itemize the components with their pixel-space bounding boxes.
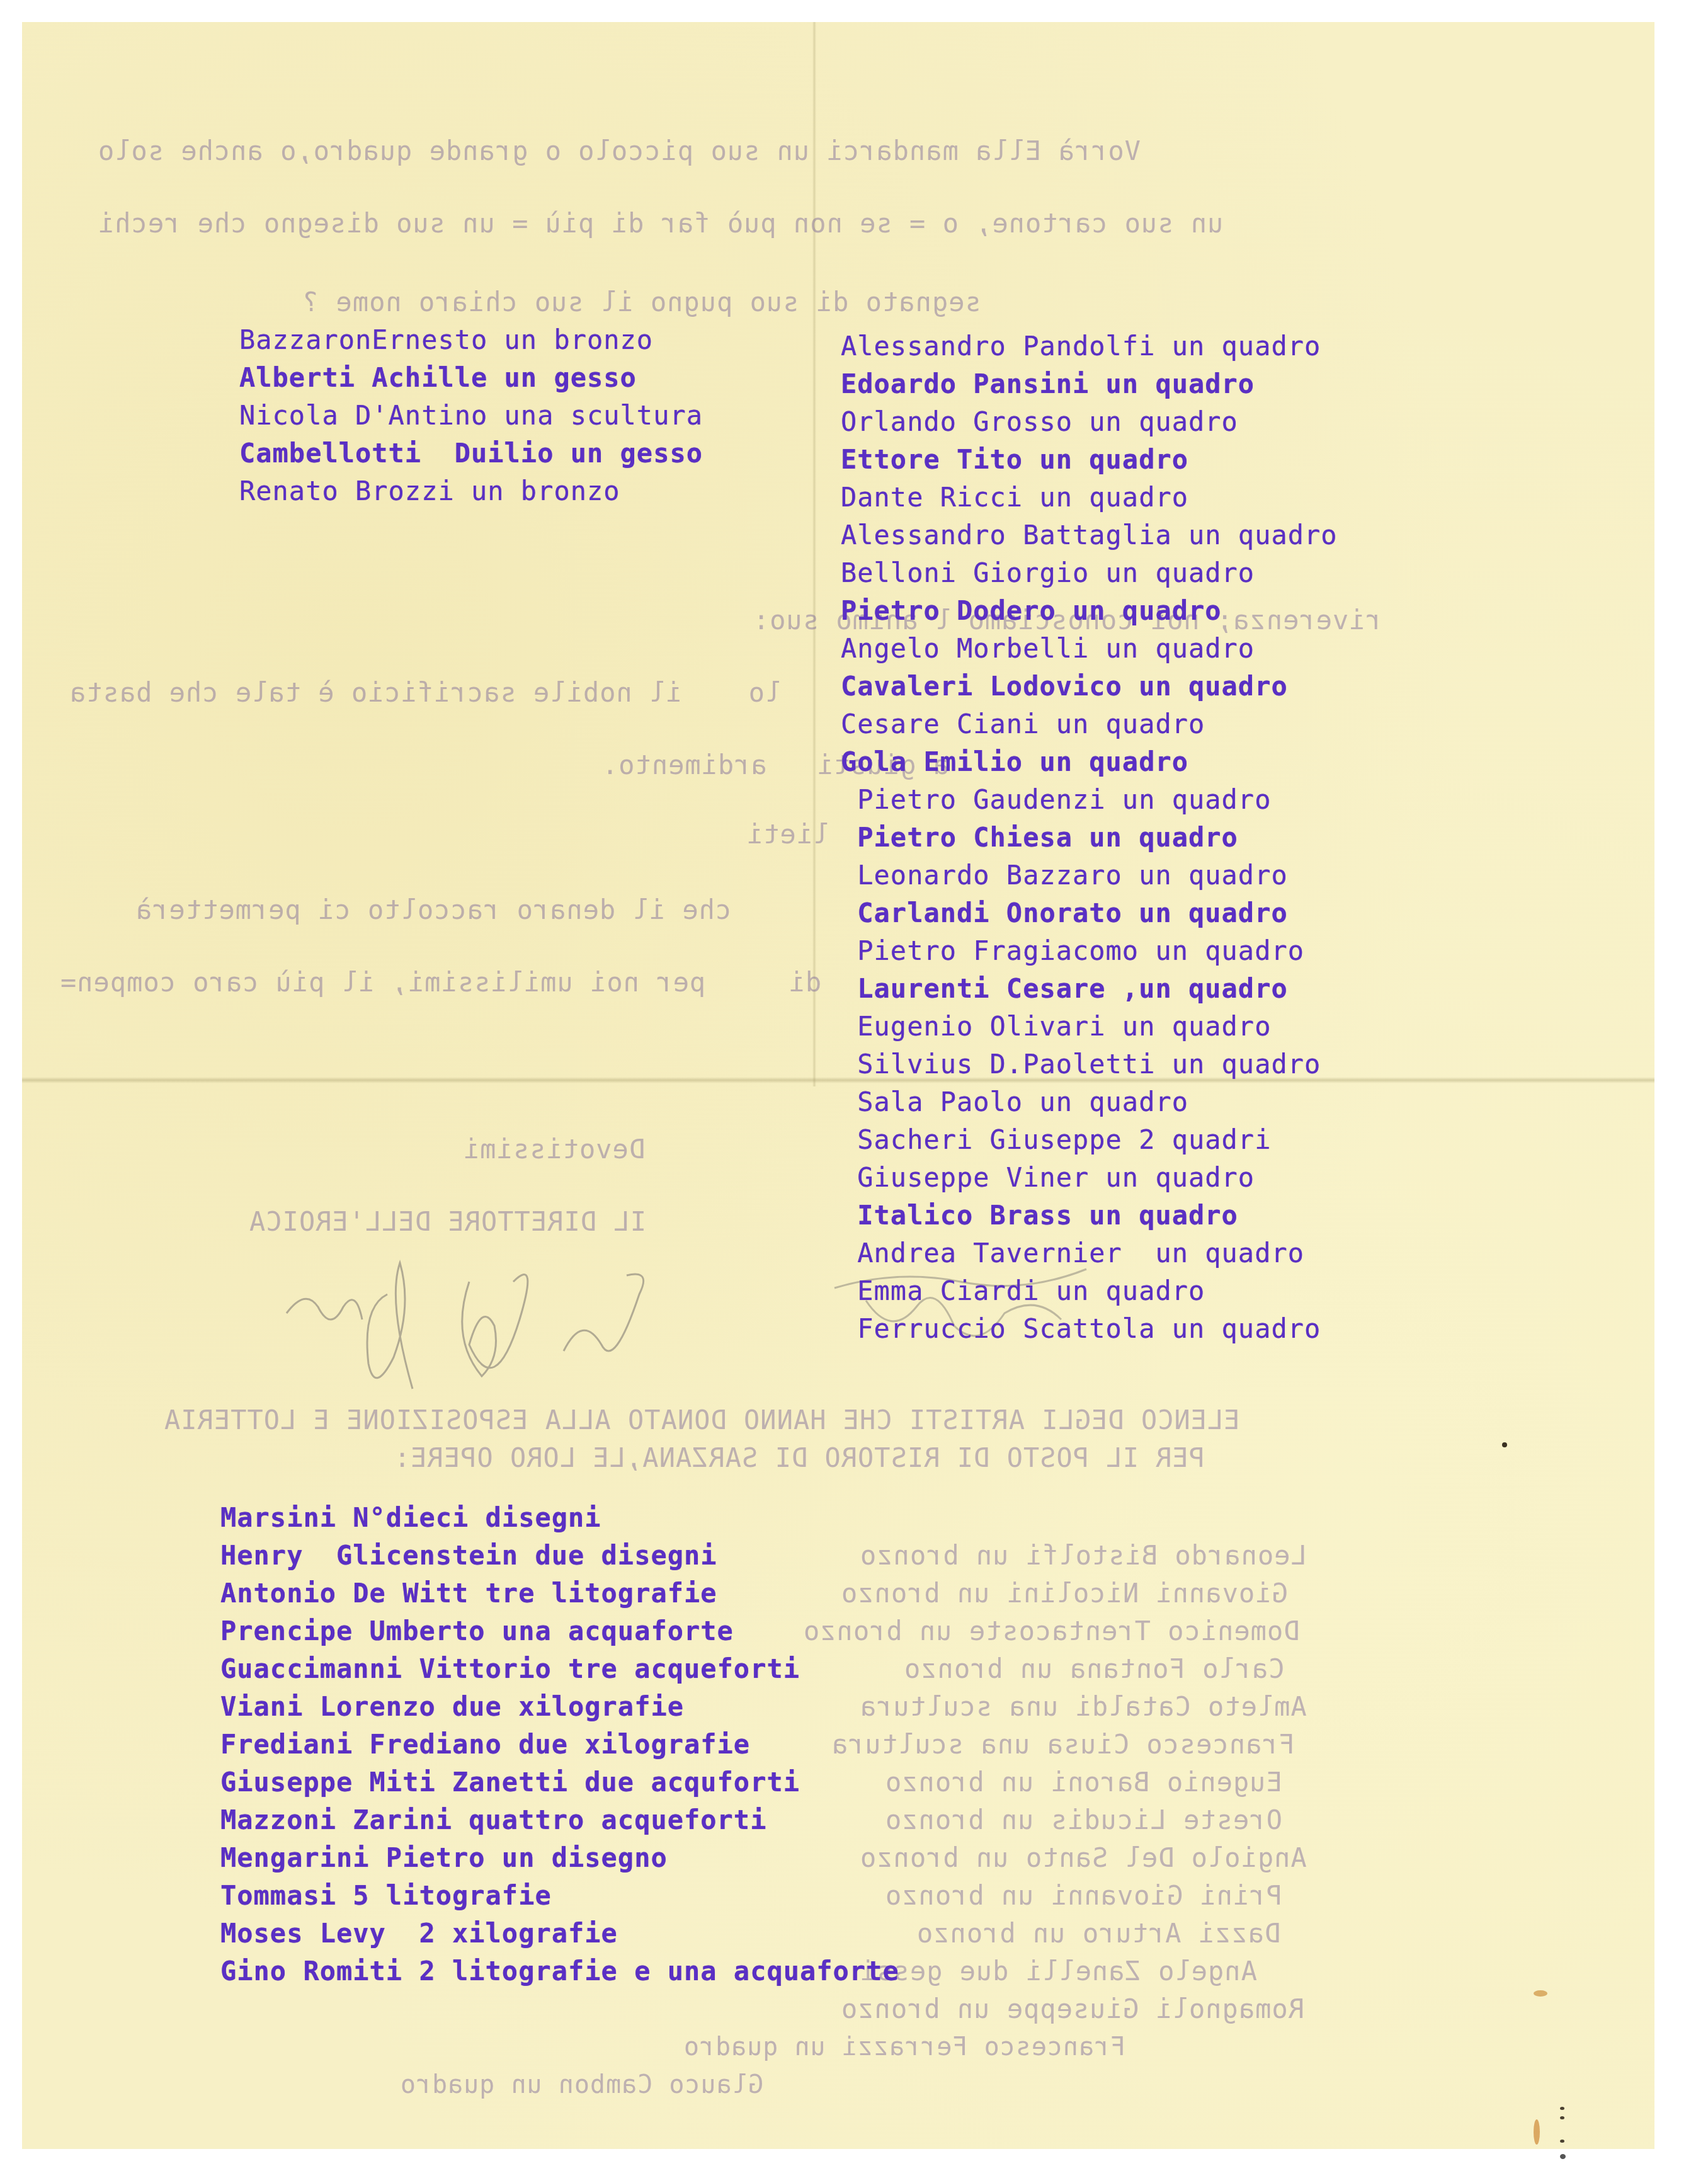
donor-entry: Tommasi 5 litografie	[220, 1880, 552, 1912]
donor-entry: Laurenti Cesare ,un quadro	[841, 973, 1288, 1005]
donor-entry: Renato Brozzi un bronzo	[239, 476, 620, 507]
bleed-list-heading: ELENCO DEGLI ARTISTI CHE HANNO DONATO AL…	[164, 1405, 1240, 1436]
bleed-letter-line: lo il nobile sacrificio è tale che basta	[69, 677, 781, 709]
donor-entry: Carlandi Onorato un quadro	[841, 898, 1288, 929]
donor-entry: Pietro Dodero un quadro	[841, 595, 1222, 627]
bleed-list-item: Oreste Licudis un bronzo	[885, 1804, 1282, 1836]
donor-entry: Silvius D.Paoletti un quadro	[841, 1049, 1321, 1080]
donor-entry: Antonio De Witt tre litografie	[220, 1578, 717, 1609]
bleed-letter-line: di per noi umilissimi, il più caro compe…	[60, 967, 821, 998]
donor-entry: Cambellotti Duilio un gesso	[239, 438, 703, 469]
donor-entry: Leonardo Bazzaro un quadro	[841, 860, 1288, 891]
ink-speck	[1560, 2140, 1564, 2143]
donor-entry: Frediani Frediano due xilografie	[220, 1729, 750, 1760]
bleed-list-item: Domenico Trentacoste un bronzo	[803, 1616, 1300, 1647]
donor-entry: Belloni Giorgio un quadro	[841, 557, 1255, 589]
donor-entry: Pietro Fragiacomo un quadro	[841, 935, 1304, 967]
bleed-list-fragment: Francesco Ferrazzi un quadro	[683, 2031, 1125, 2063]
donor-entry: Sala Paolo un quadro	[841, 1086, 1188, 1118]
bleed-list-item: Prini Giovanni un bronzo	[885, 1880, 1282, 1912]
donor-entry: Alberti Achille un gesso	[239, 362, 637, 394]
donor-entry: Giuseppe Miti Zanetti due acquforti	[220, 1767, 800, 1798]
donor-entry: Henry Glicenstein due disegni	[220, 1540, 717, 1571]
donor-entry: Marsini N°dieci disegni	[220, 1502, 601, 1534]
donor-entry: Gino Romiti 2 litografie e una acquafort…	[220, 1956, 899, 1987]
donor-entry: Emma Ciardi un quadro	[841, 1275, 1205, 1307]
bleed-list-item: Dazzi Arturo un bronzo	[916, 1918, 1280, 1949]
donor-entry: Guaccimanni Vittorio tre acqueforti	[220, 1653, 800, 1685]
donor-entry: Giuseppe Viner un quadro	[841, 1162, 1255, 1194]
donor-entry: Gola Emilio un quadro	[841, 746, 1188, 778]
bleed-director-title: IL DIRETTORE DELL'EROICA	[249, 1206, 646, 1238]
ink-speck	[1560, 2107, 1564, 2110]
donor-entry: BazzaronErnesto un bronzo	[239, 324, 653, 356]
donor-entry: Ettore Tito un quadro	[841, 444, 1188, 476]
donor-entry: Eugenio Olivari un quadro	[841, 1011, 1271, 1042]
donor-entry: Sacheri Giuseppe 2 quadri	[841, 1124, 1271, 1156]
bleed-list-fragment: Glauco Cambon un quadro	[400, 2069, 763, 2100]
bleed-letter-line: che il denaro raccolto ci permetterà	[135, 894, 781, 926]
donor-entry: Angelo Morbelli un quadro	[841, 633, 1255, 664]
bleed-closing: Devotissimi	[463, 1134, 645, 1165]
paper-sheet: Vorrà Ella mandarci un suo piccolo o gra…	[22, 22, 1654, 2149]
donor-entry: Cesare Ciani un quadro	[841, 709, 1205, 740]
bleed-list-heading: PER IL POSTO DI RISTORO DI SARZANA,LE LO…	[394, 1442, 1205, 1474]
donor-entry: Orlando Grosso un quadro	[841, 406, 1238, 438]
donor-entry: Moses Levy 2 xilografie	[220, 1918, 618, 1949]
bleed-letter-line: un suo cartone, o = se non può far di pi…	[98, 208, 1223, 239]
bleed-list-item: Francesco Ciusa una scultura	[831, 1729, 1295, 1760]
bleed-list-item: Angiolo Del Santo un bronzo	[860, 1842, 1307, 1874]
ink-speck	[1560, 2116, 1564, 2119]
rust-stain	[1534, 2119, 1540, 2145]
donor-entry: Nicola D'Antino una scultura	[239, 400, 703, 431]
donor-entry: Dante Ricci un quadro	[841, 482, 1188, 513]
donor-entry: Mazzoni Zarini quattro acqueforti	[220, 1804, 766, 1836]
bleed-list-item: Amleto Cataldi una scultura	[860, 1691, 1307, 1723]
ink-speck	[1502, 1442, 1507, 1447]
donor-entry: Andrea Tavernier un quadro	[841, 1238, 1304, 1269]
bleed-list-item: Leonardo Bistolfi un bronzo	[860, 1540, 1307, 1571]
bleed-list-item: Eugenio Baroni un bronzo	[885, 1767, 1282, 1798]
donor-entry: Pietro Gaudenzi un quadro	[841, 784, 1271, 816]
bleed-letter-line: segnato di suo pugno il suo chiaro nome …	[302, 287, 981, 318]
donor-entry: Italico Brass un quadro	[841, 1200, 1238, 1231]
bleed-list-item: Romagnoli Giuseppe un bronzo	[841, 1993, 1304, 2025]
donor-entry: Pietro Chiesa un quadro	[841, 822, 1238, 853]
donor-entry: Edoardo Pansini un quadro	[841, 368, 1255, 400]
signature	[261, 1257, 715, 1420]
bleed-list-item: Carlo Fontana un bronzo	[904, 1653, 1285, 1685]
donor-entry: Alessandro Pandolfi un quadro	[841, 331, 1321, 362]
bleed-letter-line: lieti	[746, 819, 829, 850]
donor-entry: Mengarini Pietro un disegno	[220, 1842, 668, 1874]
bleed-letter-line: Vorrà Ella mandarci un suo piccolo o gra…	[98, 135, 1141, 167]
bleed-list-item: Giovanni Nicolini un bronzo	[841, 1578, 1288, 1609]
donor-entry: Alessandro Battaglia un quadro	[841, 520, 1338, 551]
donor-entry: Viani Lorenzo due xilografie	[220, 1691, 684, 1723]
bleed-list-item: Angelo Zanelli due gessi	[860, 1956, 1257, 1987]
horizontal-fold-line	[22, 1077, 1654, 1083]
vertical-fold-line	[812, 22, 816, 1086]
donor-entry: Cavaleri Lodovico un quadro	[841, 671, 1288, 702]
donor-entry: Prencipe Umberto una acquaforte	[220, 1616, 734, 1647]
ink-speck	[1560, 2154, 1566, 2159]
donor-entry: Ferruccio Scattola un quadro	[841, 1313, 1321, 1345]
rust-stain	[1534, 1990, 1547, 1997]
